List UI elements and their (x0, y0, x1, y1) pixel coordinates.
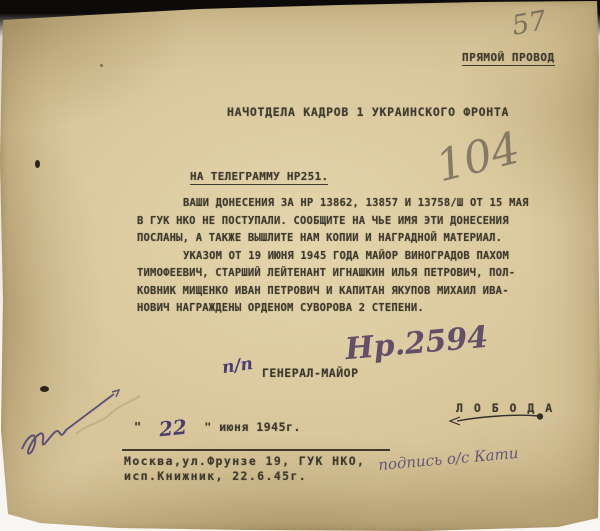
paper-hole (40, 386, 49, 392)
margin-number-note: 104 (431, 123, 525, 193)
body-line: НОВИЧ НАГРАЖДЕНЫ ОРДЕНОМ СУВОРОВА 2 СТЕП… (137, 302, 424, 314)
corner-page-number: 57 (510, 5, 549, 41)
body-line: ВАШИ ДОНЕСЕНИЯ ЗА НР 13862, 13857 И 1375… (183, 197, 529, 209)
paper-hole (35, 160, 40, 168)
date-rest: " июня 1945г. (204, 420, 301, 434)
signer-rank: ГЕНЕРАЛ-МАЙОР (262, 366, 359, 380)
body-line: В ГУК НКО НЕ ПОСТУПАЛИ. СООБЩИТЕ НА ЧЬЕ … (137, 215, 509, 227)
body-line: УКАЗОМ ОТ 19 ИЮНЯ 1945 ГОДА МАЙОР ВИНОГР… (183, 250, 509, 262)
stamp-header: ПРЯМОЙ ПРОВОД (462, 51, 555, 66)
body-line: ТИМОФЕЕВИЧ, СТАРШИЙ ЛЕЙТЕНАНТ ИГНАШКИН И… (137, 267, 515, 279)
document-page: 57 ПРЯМОЙ ПРОВОД НАЧОТДЕЛА КАДРОВ 1 УКРА… (0, 0, 600, 531)
subject-line: НА ТЕЛЕГРАММУ НР251. (190, 170, 328, 185)
body-line: ПОСЛАНЫ, А ТАКЖЕ ВЫШЛИТЕ НАМ КОПИИ И НАГ… (137, 232, 502, 244)
footer-executor: исп.Книжник, 22.6.45г. (124, 469, 307, 483)
bottom-signature-note: подпись о/с Кати (377, 444, 519, 474)
pp-mark-note: п/п (221, 354, 254, 378)
addressee-line: НАЧОТДЕЛА КАДРОВ 1 УКРАИНСКОГО ФРОНТА (227, 105, 509, 119)
date-day-handwritten: 22 (158, 415, 188, 442)
margin-scribble-pencil (72, 392, 144, 440)
footer-divider (122, 449, 390, 451)
date-line: " 22 " июня 1945г. (134, 416, 301, 440)
signature-underline-stroke (448, 412, 550, 426)
body-line: КОВНИК МИЩЕНКО ИВАН ПЕТРОВИЧ И КАПИТАН Я… (137, 285, 509, 297)
paper-speck (100, 64, 103, 67)
outgoing-number-note: Нр.2594 (344, 320, 490, 367)
footer-address: Москва,ул.Фрунзе 19, ГУК НКО, (124, 454, 365, 468)
